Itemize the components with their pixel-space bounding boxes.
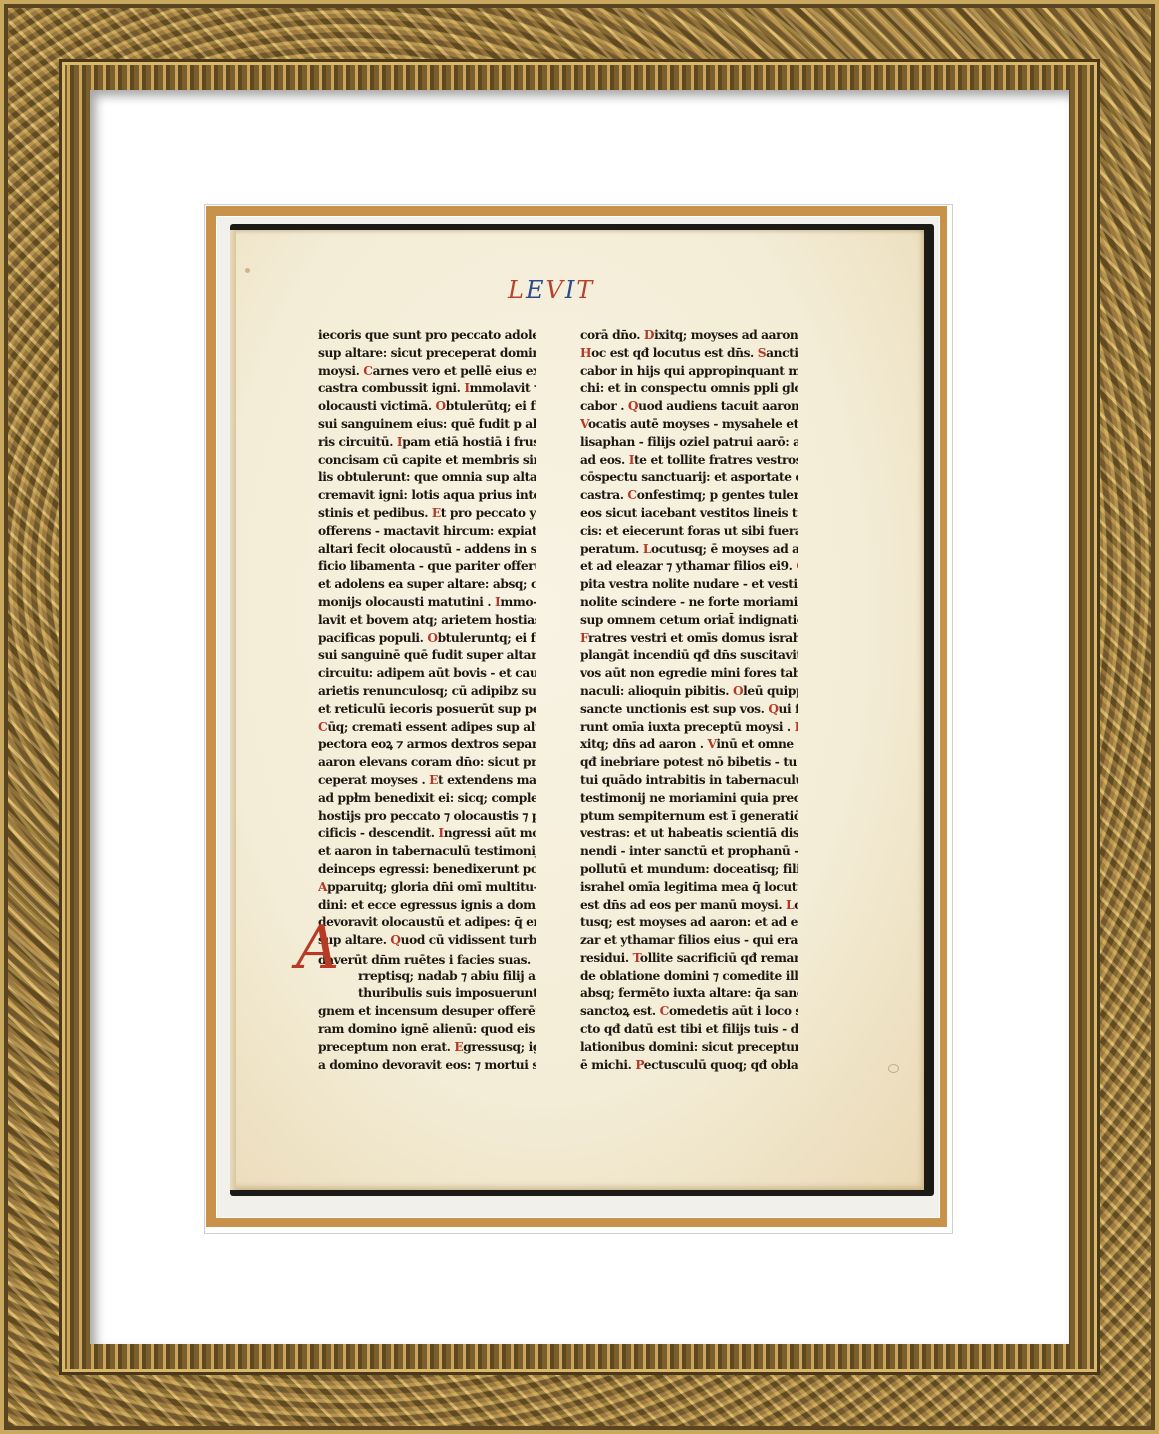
text-line: a domino devoravit eos: ⁊ mortui sūt xyxy=(318,1057,536,1075)
text-line: pacificas populi. Obtuleruntq; ei filij xyxy=(318,630,536,648)
chapter-number-marker: X xyxy=(531,950,536,968)
text-line: ram domino ignē alienū: quod eis xyxy=(318,1021,536,1039)
text-line: Hoc est qđ locutus est dn̄s. Sanctifi- xyxy=(580,345,798,363)
text-line: Fratres vestri et omīs domus israhel xyxy=(580,630,798,648)
text-line: qđ inebriare potest nō bibetis - tu ⁊ fi… xyxy=(580,754,798,772)
running-head-letter: E xyxy=(526,276,546,304)
text-line: naculi: alioquin pibitis. Oleū quippe xyxy=(580,683,798,701)
text-line: et adolens ea super altare: absq; ceri- xyxy=(318,576,536,594)
text-line: peratum. Locutusq; ē moyses ad aarō xyxy=(580,541,798,559)
running-head-letter: V xyxy=(545,276,564,304)
text-line: et ad eleazar ⁊ ythamar filios ei9. Ca- xyxy=(580,558,798,576)
text-line: cto qđ datū est tibi et filijs tuis - de… xyxy=(580,1021,798,1039)
text-line: cificis - descendit. Ingressi aūt moyses xyxy=(318,825,536,843)
text-line: dini: et ecce egressus ignis a domino xyxy=(318,897,536,915)
text-line: vestras: et ut habeatis scientiā discer- xyxy=(580,825,798,843)
text-line: circuitu: adipem aūt bovis - et caudā xyxy=(318,665,536,683)
text-line: stinis et pedibus. Et pro peccato ypi xyxy=(318,505,536,523)
text-line: cabor in hijs qui appropinquant mi- xyxy=(580,363,798,381)
text-line: zar et ythamar filios eius - qui erant xyxy=(580,932,798,950)
text-line: sanctoꝝ est. Comedetis aūt i loco san- xyxy=(580,1003,798,1021)
text-line: nendi - inter sanctū et prophanū - inter xyxy=(580,843,798,861)
text-line: israhel omīa legitima mea q̄ locutus xyxy=(580,879,798,897)
text-line: iecoris que sunt pro peccato adolevit xyxy=(318,327,536,345)
text-line: est dn̄s ad eos per manū moysi. Locu- xyxy=(580,897,798,915)
text-line: ad eos. Ite et tollite fratres vestros d… xyxy=(580,452,798,470)
paper-stain xyxy=(888,1064,899,1073)
text-line: rreptisq; nadab ⁊ abiu filij aarō xyxy=(318,968,536,986)
text-line: lisaphan - filijs oziel patrui aarō: ait xyxy=(580,434,798,452)
text-line: offerens - mactavit hircum: expiatoq; xyxy=(318,523,536,541)
text-line: Apparuitq; gloria dn̄i omī multitu- xyxy=(318,879,536,897)
text-line: castra. Confestimq; p gentes tulerunt xyxy=(580,487,798,505)
text-line: testimonij ne moriamini quia prece- xyxy=(580,790,798,808)
running-head-letter: L xyxy=(508,276,526,304)
text-line: corā dn̄o. Dixitq; moyses ad aaron. xyxy=(580,327,798,345)
text-line: ē michi. Pectusculū quoq; qđ oblatū xyxy=(580,1057,798,1075)
text-line: gnem et incensum desuper offerētes co- xyxy=(318,1003,536,1021)
text-line: ceperat moyses . Et extendens manū xyxy=(318,772,536,790)
text-line: chi: et in conspectu omnis ppli glorifi- xyxy=(580,380,798,398)
text-line: sancte unctionis est sup vos. Qui fece- xyxy=(580,701,798,719)
running-head-leviticus: LEVIT xyxy=(508,276,594,304)
text-line: et aaron in tabernaculū testimonij et xyxy=(318,843,536,861)
text-line: castra combussit igni. Immolavit ⁊ xyxy=(318,380,536,398)
text-line: tusq; est moyses ad aaron: et ad elea- xyxy=(580,914,798,932)
text-line: vos aūt non egredie mini fores taber- xyxy=(580,665,798,683)
text-line: daverūt dn̄m ruētes i facies suas. X xyxy=(318,950,536,968)
text-line: sup altare. Quod cū vidissent turbe: lau… xyxy=(318,932,536,950)
text-line: aaron elevans coram dn̄o: sicut pre- xyxy=(318,754,536,772)
text-line: xitq; dn̄s ad aaron . Vinū et omne xyxy=(580,736,798,754)
text-line: hostijs pro peccato ⁊ olocaustis ⁊ pa- xyxy=(318,808,536,826)
text-line: sui sanguinem eius: quē fudit p alta- xyxy=(318,416,536,434)
text-line: de oblatione domini ⁊ comedite illud xyxy=(580,968,798,986)
text-line: lavit et bovem atq; arietem hostias xyxy=(318,612,536,630)
text-line: absq; fermēto iuxta altare: q̄a sanctū xyxy=(580,985,798,1003)
text-line: Cūq; cremati essent adipes sup altare: xyxy=(318,719,536,737)
right-text-column: corā dn̄o. Dixitq; moyses ad aaron.Hoc e… xyxy=(580,327,798,1074)
text-line: sup omnem cetum oriat̄ indignatio. xyxy=(580,612,798,630)
text-line: lationibus domini: sicut preceptum xyxy=(580,1039,798,1057)
text-line: cis: et eiecerunt foras ut sibi fuerat i… xyxy=(580,523,798,541)
text-line: plangāt incendiū qđ dn̄s suscitavit: xyxy=(580,647,798,665)
text-line: et reticulū iecoris posuerūt sup pectora… xyxy=(318,701,536,719)
text-line: arietis renunculosq; cū adipibz suis xyxy=(318,683,536,701)
text-line: Vocatis autē moyses - mysahele et e- xyxy=(580,416,798,434)
running-head-letter: T xyxy=(576,276,594,304)
text-line: ficio libamenta - que pariter offerūtur xyxy=(318,558,536,576)
text-line: pollutū et mundum: doceatisq; filios xyxy=(580,861,798,879)
text-line: nolite scindere - ne forte moriamini: ⁊ xyxy=(580,594,798,612)
text-line: ris circuitū. Ipam etiā hostiā i frusta xyxy=(318,434,536,452)
text-line: tui quādo intrabitis in tabernaculū xyxy=(580,772,798,790)
text-line: olocausti victimā. Obtulerūtq; ei filij xyxy=(318,398,536,416)
text-line: cremavit igni: lotis aqua prius inte- xyxy=(318,487,536,505)
paper-speck xyxy=(245,268,250,273)
text-line: devoravit olocaustū et adipes: q̄ erāt xyxy=(318,914,536,932)
text-line: pectora eoꝝ ⁊ armos dextros separavit xyxy=(318,736,536,754)
running-head-letter: I xyxy=(565,276,576,304)
left-text-column: iecoris que sunt pro peccato adolevitsup… xyxy=(318,327,536,1074)
text-line: eos sicut iacebant vestitos lineis tuni- xyxy=(580,505,798,523)
text-line: ad ppłm benedixit ei: sicq; completis xyxy=(318,790,536,808)
text-line: runt omīa iuxta preceptū moysi . Di- xyxy=(580,719,798,737)
text-line: residui. Tollite sacrificiū qđ remansit xyxy=(580,950,798,968)
text-line: ptum sempiternum est ī generatiōnes xyxy=(580,808,798,826)
text-line: moysi. Carnes vero et pellē eius extra xyxy=(318,363,536,381)
text-line: deinceps egressi: benedixerunt populo. xyxy=(318,861,536,879)
text-line: thuribulis suis imposuerunt i- xyxy=(318,985,536,1003)
text-line: altari fecit olocaustū - addens in sacri… xyxy=(318,541,536,559)
text-line: sup altare: sicut preceperat dominus xyxy=(318,345,536,363)
text-line: preceptum non erat. Egressusq; ignis xyxy=(318,1039,536,1057)
text-line: cabor . Quod audiens tacuit aaron. xyxy=(580,398,798,416)
text-line: pita vestra nolite nudare - et vestimēta xyxy=(580,576,798,594)
text-line: sui sanguinē quē fudit super altare in xyxy=(318,647,536,665)
text-line: lis obtulerunt: que omnia sup altare xyxy=(318,469,536,487)
red-initial-A: A xyxy=(296,918,339,978)
text-line: monijs olocausti matutini . Immo- xyxy=(318,594,536,612)
page-gutter-edge xyxy=(230,230,236,1190)
text-line: cōspectu sanctuarij: et asportate extra xyxy=(580,469,798,487)
text-line: concisam cū capite et membris singu- xyxy=(318,452,536,470)
